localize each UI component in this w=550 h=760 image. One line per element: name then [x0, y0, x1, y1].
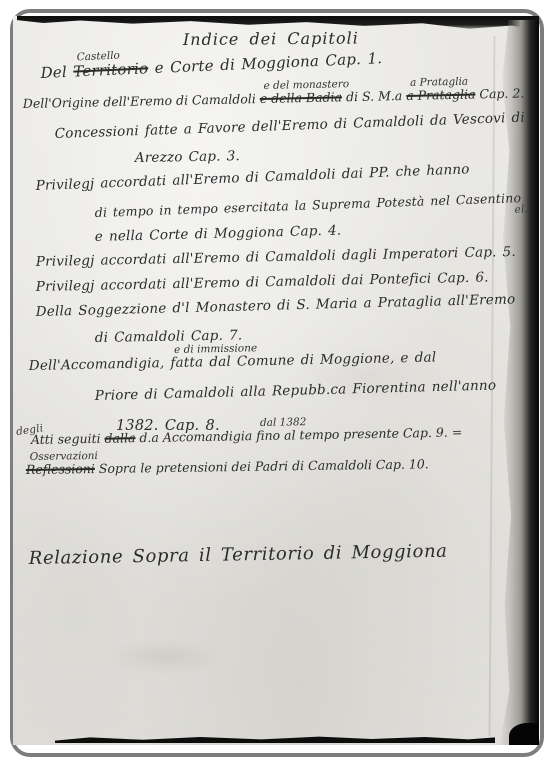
- inserted-word: e di immissione: [174, 342, 257, 356]
- index-entry-ch10: OsservazioniReflessioni Sopra le pretens…: [26, 456, 429, 477]
- scanned-document-view: Indice dei Capitoli Del CastelloTerritor…: [0, 0, 550, 760]
- inserted-word: dal 1382: [260, 416, 307, 429]
- index-entry-ch1: Del CastelloTerritorio e Corte di Moggio…: [40, 49, 382, 82]
- entry-text: Del: [40, 63, 67, 82]
- index-entry-ch9: Atti seguiti dalla d.a Accomandigia dal …: [31, 424, 463, 447]
- inserted-word: a Prataglia: [410, 76, 468, 89]
- correction: a Pratagliaa Prataglia: [406, 87, 476, 103]
- index-entry-ch3-line1: Concessioni fatte a Favore dell'Eremo di…: [54, 110, 525, 142]
- page-corner-shadow: [509, 723, 539, 745]
- entry-text: e Corte di Moggiona Cap. 1.: [154, 49, 382, 77]
- entry-text: Sopra le pretensioni dei Padri di Camald…: [99, 456, 429, 476]
- index-entry-ch4-line3: e nella Corte di Moggiona Cap. 4.: [95, 223, 342, 245]
- entry-text: d.a Accomandigia: [139, 428, 252, 445]
- page-right-torn-edge: [499, 20, 539, 745]
- index-entry-ch3-line2: Arezzo Cap. 3.: [135, 148, 240, 166]
- struck-word: Reflessioni: [26, 461, 95, 477]
- inserted-word: e del monastero: [263, 78, 349, 92]
- index-entry-ch4-line1: Privilegj accordati all'Eremo di Camaldo…: [35, 161, 470, 194]
- correction: OsservazioniReflessioni: [26, 461, 95, 477]
- manuscript-page: Indice dei Capitoli Del CastelloTerritor…: [13, 16, 539, 745]
- entry-text: Dell'Origine dell'Eremo di Camaldoli: [23, 91, 256, 111]
- entry-text: =: [452, 424, 463, 439]
- entry-text: Cap. 2.: [479, 85, 524, 101]
- correction: e del monasteroe della Badia: [260, 89, 343, 106]
- index-entry-ch7-line1: Della Soggezzione d'l Monastero di S. Ma…: [36, 291, 516, 320]
- entry-text: Dell'Accomandigia,: [29, 355, 165, 374]
- paper-stain: [103, 639, 223, 675]
- margin-note: el.: [514, 203, 528, 216]
- index-entry-ch5: Privilegj accordati all'Eremo di Camaldo…: [36, 244, 516, 270]
- struck-word: e della Badia: [260, 89, 343, 106]
- correction: CastelloTerritorio: [73, 59, 149, 80]
- entry-text: Atti seguiti: [31, 431, 101, 447]
- struck-word: dalla: [104, 430, 135, 446]
- struck-word: a Prataglia: [406, 87, 476, 103]
- page-bottom-scan-edge: [55, 735, 495, 743]
- inserted-word: Osservazioni: [30, 450, 98, 463]
- index-entry-ch2: Dell'Origine dell'Eremo di Camaldoli e d…: [23, 85, 525, 111]
- index-entry-ch6: Privilegj accordati all'Eremo di Camaldo…: [36, 270, 489, 295]
- inserted-word: Castello: [76, 50, 120, 64]
- section-heading: Relazione Sopra il Territorio di Moggion…: [29, 541, 448, 569]
- index-entry-ch4-line2: di tempo in tempo esercitata la Suprema …: [94, 190, 521, 220]
- document-title: Indice dei Capitoli: [183, 28, 359, 49]
- entry-text: di S. M.a: [346, 88, 403, 104]
- correction: dal 1382fino al tempo presente Cap. 9.: [256, 425, 448, 443]
